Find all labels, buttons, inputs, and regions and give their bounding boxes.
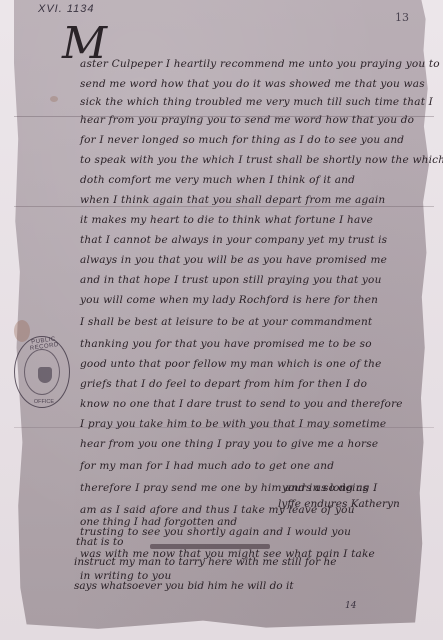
letter-line: hear from you one thing I pray you to gi… bbox=[80, 438, 378, 450]
stamp-bottom-text: OFFICE bbox=[19, 399, 69, 405]
letter-line: for I never longed so much for thing as … bbox=[80, 134, 404, 146]
struck-out-text bbox=[150, 544, 270, 549]
royal-crest-icon bbox=[38, 367, 52, 383]
letter-line: I shall be best at leisure to be at your… bbox=[80, 316, 372, 328]
letter-line: aster Culpeper I heartily recommend me u… bbox=[80, 58, 440, 70]
letter-line: doth comfort me very much when I think o… bbox=[80, 174, 355, 186]
folio-number-bottom: 14 bbox=[345, 601, 356, 611]
public-record-office-stamp: PUBLIC RECORD OFFICE bbox=[14, 336, 70, 408]
letter-line: always in you that you will be as you ha… bbox=[80, 254, 387, 266]
closing-line-1: yours as long as bbox=[282, 482, 368, 494]
letter-line: for my man for I had much ado to get one… bbox=[80, 460, 334, 472]
postscript-line: instruct my man to tarry here with me st… bbox=[74, 556, 336, 568]
paper-stain bbox=[50, 96, 58, 102]
postscript-line: that is to bbox=[76, 536, 123, 548]
archive-reference: XVI. 1134 bbox=[38, 3, 95, 15]
folio-number: 13 bbox=[395, 11, 409, 24]
fold-line bbox=[14, 206, 434, 207]
letter-line: griefs that I do feel to depart from him… bbox=[80, 378, 367, 390]
letter-line: sick the which thing troubled me very mu… bbox=[80, 96, 433, 108]
letter-line: good unto that poor fellow my man which … bbox=[80, 358, 382, 370]
paper-stain bbox=[14, 320, 30, 342]
postscript-line: one thing I had forgotten and bbox=[80, 516, 237, 528]
letter-line: know no one that I dare trust to send to… bbox=[80, 398, 403, 410]
letter-line: I pray you take him to be with you that … bbox=[80, 418, 386, 430]
letter-line: you will come when my lady Rochford is h… bbox=[80, 294, 378, 306]
closing-signature: lyffe endures Katheryn bbox=[278, 498, 400, 510]
letter-line: and in that hope I trust upon still pray… bbox=[80, 274, 382, 286]
letter-line: hear from you praying you to send me wor… bbox=[80, 114, 414, 126]
letter-line: to speak with you the which I trust shal… bbox=[80, 154, 443, 166]
postscript-line: says whatsoever you bid him he will do i… bbox=[74, 580, 294, 592]
letter-line: it makes my heart to die to think what f… bbox=[80, 214, 373, 226]
letter-line: thanking you for that you have promised … bbox=[80, 338, 372, 350]
letter-line: when I think again that you shall depart… bbox=[80, 194, 385, 206]
letter-line: that I cannot be always in your company … bbox=[80, 234, 387, 246]
letter-line: send me word how that you do it was show… bbox=[80, 78, 425, 90]
stamp-inner-ring bbox=[24, 349, 60, 395]
